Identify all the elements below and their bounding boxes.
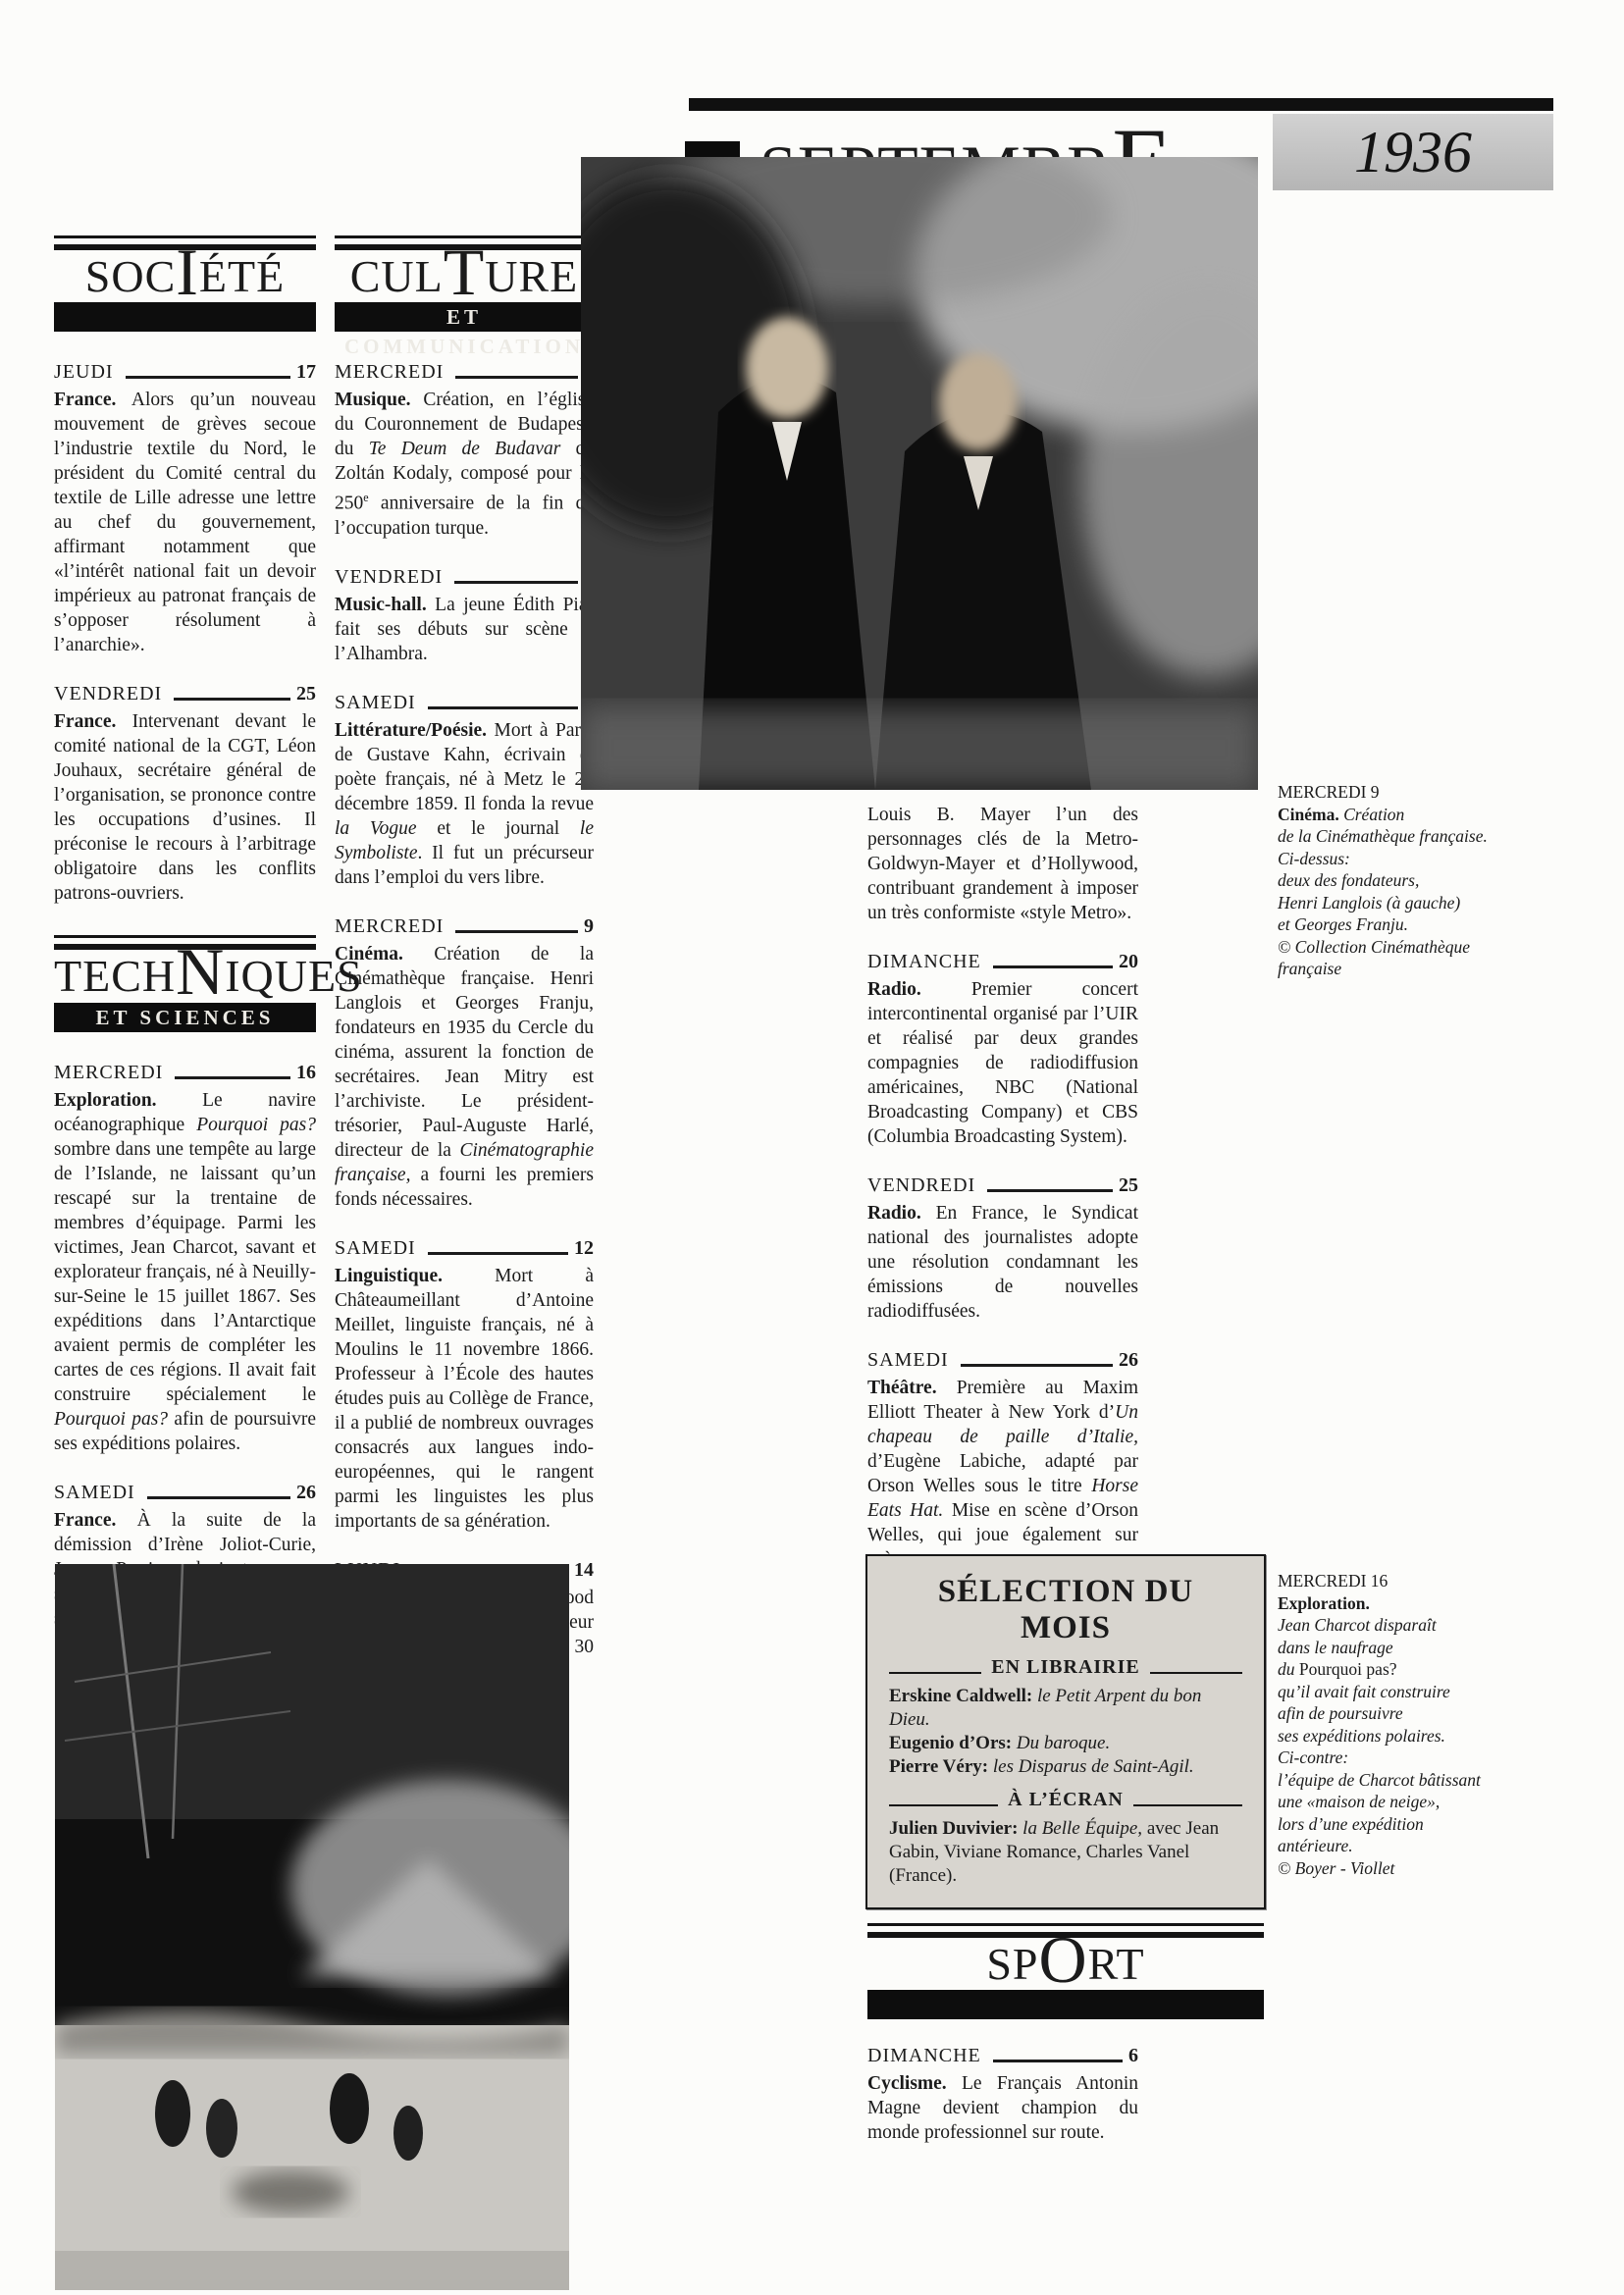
entry-day-number: 14: [574, 1559, 594, 1582]
techniques-subtitle-bar: ET SCIENCES: [54, 1003, 316, 1032]
sport-entries: DIMANCHE6Cyclisme. Le Français Antonin M…: [867, 2045, 1138, 2145]
photo-langlois-franju: [581, 157, 1258, 790]
entry-header: MERCREDI9: [335, 915, 594, 938]
caption-line: Ci-dessus:: [1278, 848, 1541, 870]
entry-rule: [147, 1496, 290, 1499]
entry-text: Littérature/Poésie. Mort à Paris de Gust…: [335, 718, 594, 890]
entry-day: VENDREDI: [54, 683, 162, 705]
caption-line: française: [1278, 958, 1541, 980]
selection-group-heading: À L’ÉCRAN: [889, 1789, 1242, 1811]
entry-text: Cinéma. Création de la Cinémathèque fran…: [335, 942, 594, 1212]
selection-du-mois-box: SÉLECTION DU MOIS EN LIBRAIRIEErskine Ca…: [865, 1554, 1266, 1909]
culture-right-entries: Louis B. Mayer l’un des personnages clés…: [867, 803, 1138, 1572]
entry-text: Music-hall. La jeune Édith Piaf fait ses…: [335, 593, 594, 666]
caption-line: Exploration.: [1278, 1592, 1541, 1615]
entry-rule: [987, 1189, 1113, 1192]
societe-heading: SOCIÉTÉ: [54, 235, 316, 332]
column-culture: CULTURE ET COMMUNICATION MERCREDI2Musiqu…: [335, 235, 594, 1709]
entry-day-number: 25: [296, 683, 316, 705]
caption-line: l’équipe de Charcot bâtissant: [1278, 1769, 1541, 1792]
photo-charcot-expedition-image: [55, 1564, 569, 2290]
chronology-entry: MERCREDI9Cinéma. Création de la Cinémath…: [335, 915, 594, 1212]
chronology-entry: VENDREDI4Music-hall. La jeune Édith Piaf…: [335, 566, 594, 666]
entry-rule: [455, 930, 578, 933]
caption-line: MERCREDI 16: [1278, 1570, 1541, 1592]
caption-line: Cinéma. Création: [1278, 804, 1541, 826]
caption-line: une «maison de neige»,: [1278, 1791, 1541, 1813]
entry-header: SAMEDI26: [54, 1482, 316, 1504]
entry-rule: [454, 581, 578, 584]
entry-day: SAMEDI: [54, 1482, 135, 1504]
entry-header: MERCREDI16: [54, 1062, 316, 1084]
entry-day: DIMANCHE: [867, 2045, 981, 2067]
techniques-title: TECHNIQUES: [54, 953, 316, 1000]
entry-header: VENDREDI25: [867, 1174, 1138, 1197]
selection-groups: EN LIBRAIRIEErskine Caldwell: le Petit A…: [889, 1656, 1242, 1888]
entry-day-number: 6: [1128, 2045, 1138, 2067]
caption-line: Ci-contre:: [1278, 1747, 1541, 1769]
selection-rule: [1150, 1672, 1242, 1674]
photo-langlois-franju-image: [581, 157, 1258, 790]
chronology-entry: SAMEDI12Linguistique. Mort à Châteaumeil…: [335, 1237, 594, 1534]
year-text: 1936: [1354, 119, 1472, 186]
techniques-entries: MERCREDI16Exploration. Le navire océanog…: [54, 1062, 316, 1631]
chronology-entry: Louis B. Mayer l’un des personnages clés…: [867, 803, 1138, 925]
selection-group-title: EN LIBRAIRIE: [991, 1656, 1139, 1679]
chronology-entry: SAMEDI5Littérature/Poésie. Mort à Paris …: [335, 692, 594, 890]
caption-line: lors d’une expédition: [1278, 1813, 1541, 1836]
chronology-entry: DIMANCHE6Cyclisme. Le Français Antonin M…: [867, 2045, 1138, 2145]
caption-line: © Collection Cinémathèque: [1278, 936, 1541, 959]
entry-header: SAMEDI26: [867, 1349, 1138, 1372]
culture-subtitle-bar: ET COMMUNICATION: [335, 302, 594, 332]
culture-entries: MERCREDI2Musique. Création, en l’église …: [335, 361, 594, 1684]
selection-item: Erskine Caldwell: le Petit Arpent du bon…: [889, 1685, 1242, 1732]
column-culture-right: Louis B. Mayer l’un des personnages clés…: [867, 803, 1138, 1597]
caption-line: de la Cinémathèque française.: [1278, 825, 1541, 848]
entry-rule: [428, 1252, 568, 1255]
entry-text: France. Intervenant devant le comité nat…: [54, 709, 316, 906]
entry-day: SAMEDI: [867, 1349, 949, 1372]
caption-line: afin de poursuivre: [1278, 1702, 1541, 1725]
caption-line: Henri Langlois (à gauche): [1278, 892, 1541, 914]
societe-title: SOCIÉTÉ: [54, 253, 316, 300]
entry-day: JEUDI: [54, 361, 114, 384]
caption-charcot: MERCREDI 16Exploration.Jean Charcot disp…: [1278, 1570, 1541, 1879]
caption-line: Jean Charcot disparaît: [1278, 1614, 1541, 1637]
selection-rule: [1133, 1804, 1242, 1806]
techniques-heading: TECHNIQUES ET SCIENCES: [54, 935, 316, 1031]
entry-day: MERCREDI: [335, 361, 444, 384]
entry-text: Musique. Création, en l’église du Couron…: [335, 388, 594, 541]
sport-heading: SPORT: [867, 1923, 1264, 2019]
caption-line: deux des fondateurs,: [1278, 869, 1541, 892]
entry-header: JEUDI17: [54, 361, 316, 384]
caption-line: antérieure.: [1278, 1835, 1541, 1857]
entry-day: SAMEDI: [335, 692, 416, 714]
entry-day: VENDREDI: [867, 1174, 975, 1197]
caption-line: MERCREDI 9: [1278, 781, 1541, 804]
chronology-entry: MERCREDI16Exploration. Le navire océanog…: [54, 1062, 316, 1456]
section-sport: SPORT DIMANCHE6Cyclisme. Le Français Ant…: [867, 1923, 1264, 2170]
entry-text: France. Alors qu’un nouveau mouvement de…: [54, 388, 316, 657]
societe-entries: JEUDI17France. Alors qu’un nouveau mouve…: [54, 361, 316, 906]
selection-group-title: À L’ÉCRAN: [1008, 1789, 1124, 1811]
entry-header: SAMEDI12: [335, 1237, 594, 1260]
selection-item: Julien Duvivier: la Belle Équipe, avec J…: [889, 1817, 1242, 1888]
entry-day-number: 25: [1119, 1174, 1138, 1197]
entry-day: DIMANCHE: [867, 951, 981, 973]
entry-rule: [174, 698, 290, 701]
photo-charcot-expedition: [55, 1564, 569, 2290]
entry-day: MERCREDI: [54, 1062, 163, 1084]
caption-line: du Pourquoi pas?: [1278, 1658, 1541, 1681]
selection-rule: [889, 1804, 998, 1806]
entry-header: MERCREDI2: [335, 361, 594, 384]
entry-day-number: 16: [296, 1062, 316, 1084]
entry-text: Louis B. Mayer l’un des personnages clés…: [867, 803, 1138, 925]
entry-header: SAMEDI5: [335, 692, 594, 714]
entry-day: SAMEDI: [335, 1237, 416, 1260]
caption-line: dans le naufrage: [1278, 1637, 1541, 1659]
entry-day-number: 26: [1119, 1349, 1138, 1372]
entry-header: VENDREDI4: [335, 566, 594, 589]
selection-group-heading: EN LIBRAIRIE: [889, 1656, 1242, 1679]
entry-header: DIMANCHE20: [867, 951, 1138, 973]
entry-text: Linguistique. Mort à Châteaumeillant d’A…: [335, 1264, 594, 1534]
entry-day-number: 9: [584, 915, 594, 938]
entry-rule: [993, 965, 1113, 968]
sport-title: SPORT: [867, 1941, 1264, 1988]
entry-rule: [993, 2060, 1123, 2062]
entry-header: VENDREDI25: [54, 683, 316, 705]
entry-day-number: 20: [1119, 951, 1138, 973]
chronology-entry: SAMEDI26Théâtre. Première au Maxim Ellio…: [867, 1349, 1138, 1572]
entry-text: Théâtre. Première au Maxim Elliott Theat…: [867, 1376, 1138, 1572]
caption-line: qu’il avait fait construire: [1278, 1681, 1541, 1703]
entry-text: Exploration. Le navire océanographique P…: [54, 1088, 316, 1456]
chronology-entry: DIMANCHE20Radio. Premier concert interco…: [867, 951, 1138, 1149]
selection-item: Pierre Véry: les Disparus de Saint-Agil.: [889, 1755, 1242, 1779]
culture-heading: CULTURE ET COMMUNICATION: [335, 235, 594, 332]
chronology-entry: VENDREDI25France. Intervenant devant le …: [54, 683, 316, 906]
entry-rule: [961, 1364, 1113, 1367]
entry-header: DIMANCHE6: [867, 2045, 1138, 2067]
caption-line: © Boyer - Viollet: [1278, 1857, 1541, 1880]
chronology-entry: VENDREDI25Radio. En France, le Syndicat …: [867, 1174, 1138, 1324]
entry-day-number: 17: [296, 361, 316, 384]
culture-title: CULTURE: [335, 253, 594, 300]
entry-day: VENDREDI: [335, 566, 443, 589]
selection-item: Eugenio d’Ors: Du baroque.: [889, 1732, 1242, 1755]
caption-line: ses expéditions polaires.: [1278, 1725, 1541, 1747]
entry-rule: [175, 1076, 290, 1079]
magazine-page: SEPTEMBRE 1936 SOCIÉTÉ JEUDI17France. Al…: [0, 0, 1624, 2295]
entry-rule: [126, 376, 290, 379]
chronology-entry: JEUDI17France. Alors qu’un nouveau mouve…: [54, 361, 316, 657]
year-badge: 1936: [1273, 114, 1553, 190]
caption-cinematheque: MERCREDI 9Cinéma. Créationde la Cinémath…: [1278, 781, 1541, 980]
entry-day-number: 12: [574, 1237, 594, 1260]
caption-line: et Georges Franju.: [1278, 913, 1541, 936]
entry-text: Radio. En France, le Syndicat national d…: [867, 1201, 1138, 1324]
selection-rule: [889, 1672, 981, 1674]
selection-title: SÉLECTION DU MOIS: [889, 1574, 1242, 1646]
entry-rule: [455, 376, 578, 379]
entry-rule: [428, 706, 578, 709]
entry-text: Cyclisme. Le Français Antonin Magne devi…: [867, 2071, 1138, 2145]
chronology-entry: MERCREDI2Musique. Création, en l’église …: [335, 361, 594, 541]
entry-day-number: 26: [296, 1482, 316, 1504]
column-societe-techniques: SOCIÉTÉ JEUDI17France. Alors qu’un nouve…: [54, 235, 316, 1656]
entry-day: MERCREDI: [335, 915, 444, 938]
entry-text: Radio. Premier concert intercontinental …: [867, 977, 1138, 1149]
